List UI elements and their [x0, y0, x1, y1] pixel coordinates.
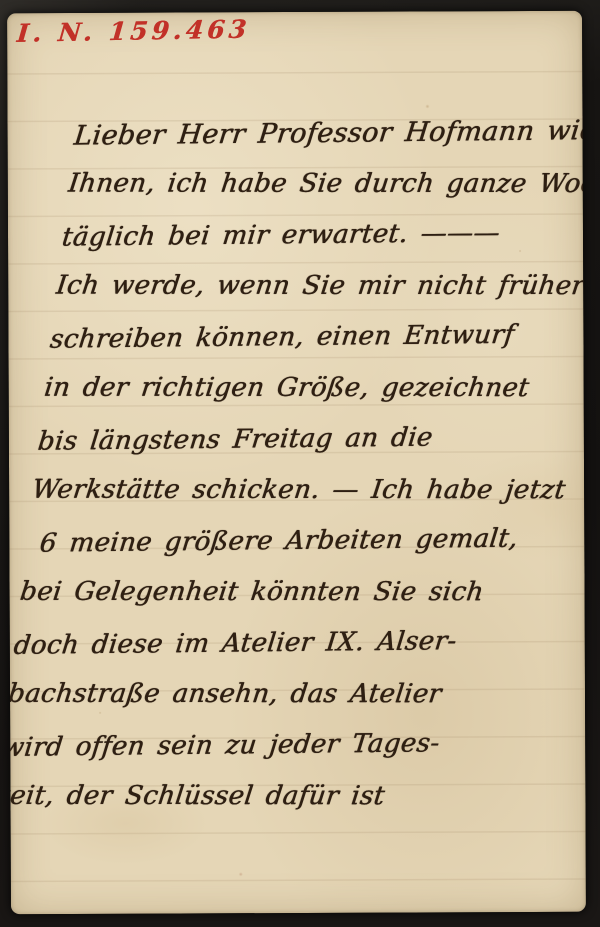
handwriting-line: schreiben können, einen Entwurf [47, 309, 586, 366]
photo-background: I. N. 159.463 Lieber Herr Professor Hofm… [0, 0, 600, 927]
handwriting-line: Werkstätte schicken. — Ich habe jetzt [29, 465, 575, 517]
handwriting-line: Ihnen, ich habe Sie durch ganze Wochen [65, 159, 586, 211]
handwriting-line: bis längstens Freitag an die [35, 411, 581, 468]
handwriting-line: täglich bei mir erwartet. ——— [59, 207, 586, 264]
handwriting-line: Lieber Herr Professor Hofmann wie geht e… [71, 105, 586, 162]
handwriting-line: zeit, der Schlüssel dafür ist [7, 771, 539, 823]
handwriting-line: Ich werde, wenn Sie mir nicht früher [53, 261, 586, 313]
letter-card: I. N. 159.463 Lieber Herr Professor Hofm… [7, 11, 586, 915]
letter-body: Lieber Herr Professor Hofmann wie geht e… [7, 107, 586, 824]
inventory-number: I. N. 159.463 [16, 15, 252, 48]
handwriting-line: bachstraße ansehn, das Atelier [7, 669, 551, 721]
handwriting-line: bei Gelegenheit könnten Sie sich [17, 567, 563, 619]
handwriting-line: in der richtigen Größe, gezeichnet [41, 363, 586, 415]
handwriting-line: wird offen sein zu jeder Tages- [7, 717, 545, 774]
handwriting-line: 6 meine größere Arbeiten gemalt, [23, 513, 569, 570]
handwriting-line: doch diese im Atelier IX. Alser- [11, 615, 557, 672]
